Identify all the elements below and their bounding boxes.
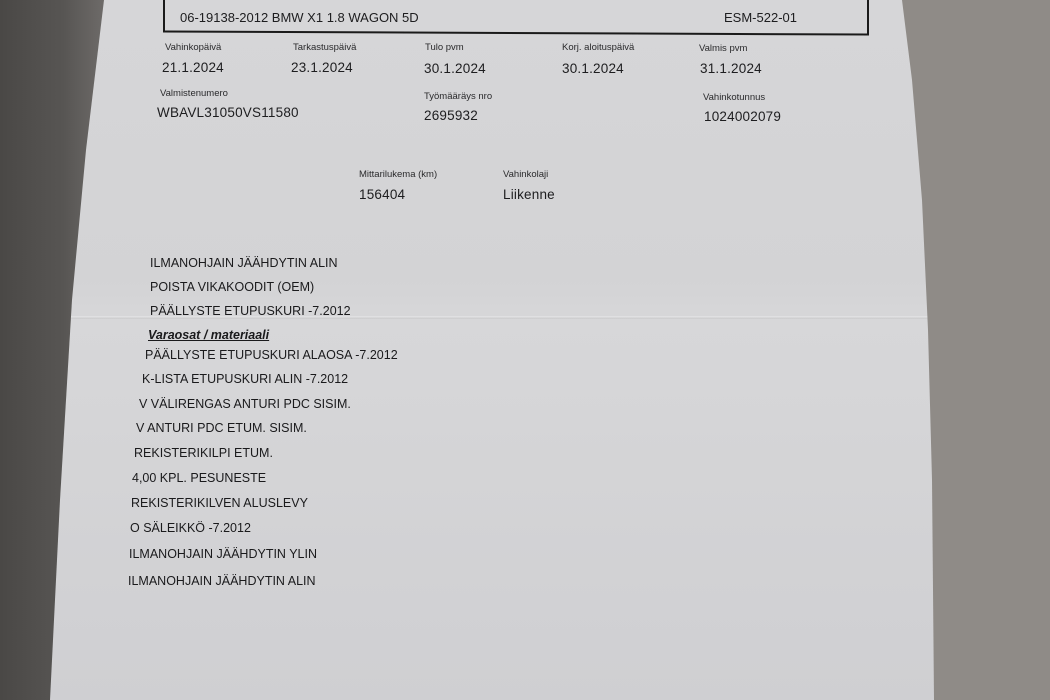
part-item: V VÄLIRENGAS ANTURI PDC SISIM. [139, 397, 351, 411]
part-item: 4,00 KPL. PESUNESTE [132, 471, 266, 485]
plate-number: ESM-522-01 [724, 10, 797, 25]
tarkastuspaiva-value: 23.1.2024 [291, 60, 353, 75]
mittarilukema-label: Mittarilukema (km) [359, 169, 437, 180]
vahinkotunnus-value: 1024002079 [704, 109, 781, 124]
work-item: POISTA VIKAKOODIT (OEM) [150, 280, 314, 294]
vahinkopaiva-label: Vahinkopäivä [165, 42, 221, 53]
korj-aloituspaiva-value: 30.1.2024 [562, 61, 624, 76]
part-item: PÄÄLLYSTE ETUPUSKURI ALAOSA -7.2012 [145, 348, 398, 362]
valmistenumero-value: WBAVL31050VS11580 [157, 105, 299, 120]
vahinkopaiva-value: 21.1.2024 [162, 60, 224, 75]
part-item: O SÄLEIKKÖ -7.2012 [130, 521, 251, 535]
valmistenumero-label: Valmistenumero [160, 88, 228, 99]
vahinkolaji-label: Vahinkolaji [503, 169, 548, 180]
parts-section-heading: Varaosat / materiaali [148, 328, 269, 342]
tyomaarays-label: Työmääräys nro [424, 91, 492, 102]
part-item: K-LISTA ETUPUSKURI ALIN -7.2012 [142, 372, 348, 386]
part-item: REKISTERIKILVEN ALUSLEVY [131, 496, 308, 510]
repair-document-page: 06-19138-2012 BMW X1 1.8 WAGON 5D ESM-52… [0, 0, 1050, 700]
valmis-pvm-value: 31.1.2024 [700, 61, 762, 76]
tulo-pvm-value: 30.1.2024 [424, 61, 486, 76]
work-item: PÄÄLLYSTE ETUPUSKURI -7.2012 [150, 304, 351, 318]
korj-aloituspaiva-label: Korj. aloituspäivä [562, 42, 634, 53]
mittarilukema-value: 156404 [359, 187, 405, 202]
tulo-pvm-label: Tulo pvm [425, 42, 464, 53]
vehicle-description: 06-19138-2012 BMW X1 1.8 WAGON 5D [180, 10, 419, 25]
work-item: ILMANOHJAIN JÄÄHDYTIN ALIN [150, 256, 338, 270]
vahinkolaji-value: Liikenne [503, 187, 555, 202]
tyomaarays-value: 2695932 [424, 108, 478, 123]
part-item: REKISTERIKILPI ETUM. [134, 446, 273, 460]
part-item: ILMANOHJAIN JÄÄHDYTIN ALIN [128, 574, 316, 588]
tarkastuspaiva-label: Tarkastuspäivä [293, 42, 356, 53]
part-item: ILMANOHJAIN JÄÄHDYTIN YLIN [129, 547, 317, 561]
part-item: V ANTURI PDC ETUM. SISIM. [136, 421, 307, 435]
vahinkotunnus-label: Vahinkotunnus [703, 92, 765, 103]
valmis-pvm-label: Valmis pvm [699, 43, 747, 54]
